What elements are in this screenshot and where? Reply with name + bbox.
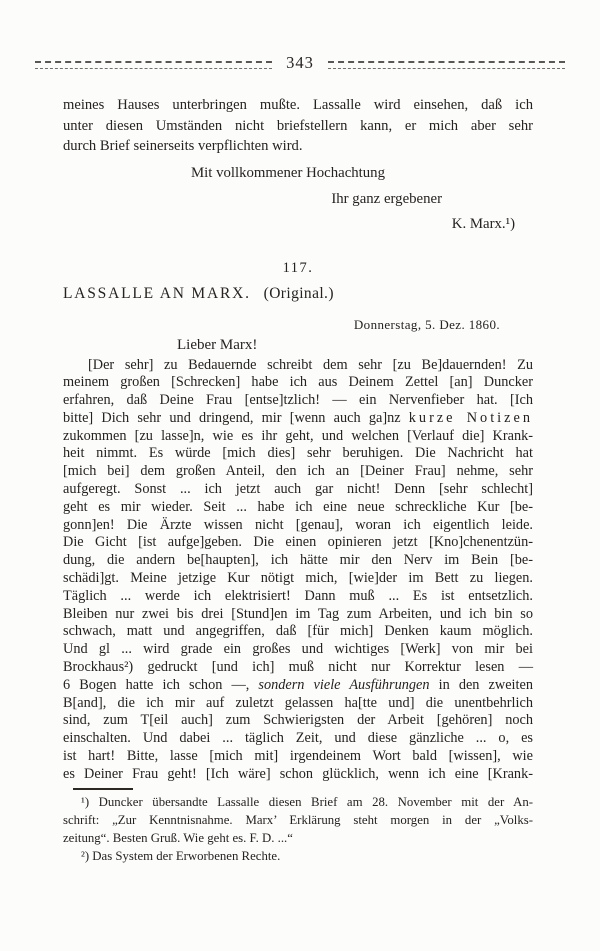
previous-letter-end: meines Hauses unterbringen mußte. Lassal… xyxy=(63,95,533,157)
signature: K. Marx.¹) xyxy=(63,215,533,234)
footnote-line: ²) Das System der Erworbenen Rechte. xyxy=(63,847,533,865)
text-line: dung, die andern be[haupten], ich hätte … xyxy=(63,552,533,570)
text-line: [Der sehr] zu Bedauernde schreibt dem se… xyxy=(63,357,533,375)
text-line: erfahren, daß Deine Frau [entse]tzlich! … xyxy=(63,392,533,410)
salutation: Lieber Marx! xyxy=(177,336,533,355)
footnote-rule xyxy=(73,788,133,790)
text-line: geht es mir wieder. Seit ... habe ich ei… xyxy=(63,499,533,517)
book-page: 343 meines Hauses unterbringen mußte. La… xyxy=(0,0,600,951)
footnote-line: zeitung“. Besten Gruß. Wie geht es. F. D… xyxy=(63,829,533,847)
text-line: einschalten. Und dabei ... täglich Zeit,… xyxy=(63,730,533,748)
closing-formula: Mit vollkommener Hochachtung xyxy=(63,164,513,183)
text-line: Täglich ... werde ich elektrisiert! Dann… xyxy=(63,588,533,606)
text-line: bitte] Dich sehr und dringend, mir [wenn… xyxy=(63,410,533,428)
footnote-line: schrift: „Zur Kenntnisnahme. Marx’ Erklä… xyxy=(63,811,533,829)
letterspaced-text: kurze Notizen xyxy=(409,410,533,426)
letter-heading: LASSALLE AN MARX. (Original.) xyxy=(63,284,533,304)
text-segment: bitte] Dich sehr und dringend, mir [wenn… xyxy=(63,410,409,426)
text-line: meines Hauses unterbringen mußte. Lassal… xyxy=(63,95,533,116)
page-header: 343 xyxy=(0,58,600,72)
page-number: 343 xyxy=(272,56,328,70)
footnotes: ¹) Duncker übersandte Lassalle diesen Br… xyxy=(63,793,533,866)
text-line: es Deiner Frau geht! [Ich wäre] schon gl… xyxy=(63,766,533,784)
text-line: heit nimmt. Es würde [mich dies] sehr be… xyxy=(63,445,533,463)
text-line: sind, zum T[eil auch] zum Schwierigsten … xyxy=(63,712,533,730)
italic-text: sondern viele Ausführungen xyxy=(258,677,429,693)
signoff-line: Ihr ganz ergebener xyxy=(63,190,533,209)
text-line: Brockhaus²) gedruckt [und ich] muß nicht… xyxy=(63,659,533,677)
text-line: Und gl ... wird grade ein großes und wic… xyxy=(63,641,533,659)
text-line: durch Brief seinerseits verpflichten wir… xyxy=(63,136,533,157)
text-line: ist hart! Bitte, lasse [mich mit] irgend… xyxy=(63,748,533,766)
text-line: [mich bei] dem großen Anteil, den ich an… xyxy=(63,463,533,481)
text-column: meines Hauses unterbringen mußte. Lassal… xyxy=(0,95,600,865)
header-rule-left xyxy=(35,61,272,69)
dateline: Donnerstag, 5. Dez. 1860. xyxy=(63,316,533,334)
text-line: Bleiben nur zwei bis drei [Stund]en im T… xyxy=(63,606,533,624)
text-segment: 6 Bogen hatte ich schon —, xyxy=(63,677,258,693)
text-line: 6 Bogen hatte ich schon —, sondern viele… xyxy=(63,677,533,695)
text-line: schädi]gt. Meine jetzige Kur nötigt mich… xyxy=(63,570,533,588)
text-line: zukommen [zu lasse]n, wie es ihr geht, u… xyxy=(63,428,533,446)
letter-body: [Der sehr] zu Bedauernde schreibt dem se… xyxy=(63,357,533,784)
text-line: meinem großen [Schrecken] habe ich aus D… xyxy=(63,374,533,392)
text-line: B[and], die ich mir auf zuletzt gelassen… xyxy=(63,695,533,713)
footnote-line: ¹) Duncker übersandte Lassalle diesen Br… xyxy=(63,793,533,811)
letter-heading-title: LASSALLE AN MARX. xyxy=(63,285,251,302)
text-line: aufgeregt. Sonst ... ich jetzt auch gar … xyxy=(63,481,533,499)
text-line: schwach, matt und angegriffen, daß [für … xyxy=(63,623,533,641)
text-line: gonn]en! Die Ärzte wissen nicht [genau],… xyxy=(63,517,533,535)
letter-number: 117. xyxy=(63,259,533,277)
text-line: unter diesen Umständen nicht briefstelle… xyxy=(63,116,533,137)
letter-heading-note: (Original.) xyxy=(264,285,334,302)
text-segment: in den zweiten xyxy=(430,677,533,693)
text-line: Die Gicht [ist aufge]geben. Die einen op… xyxy=(63,534,533,552)
header-rule-right xyxy=(328,61,565,69)
